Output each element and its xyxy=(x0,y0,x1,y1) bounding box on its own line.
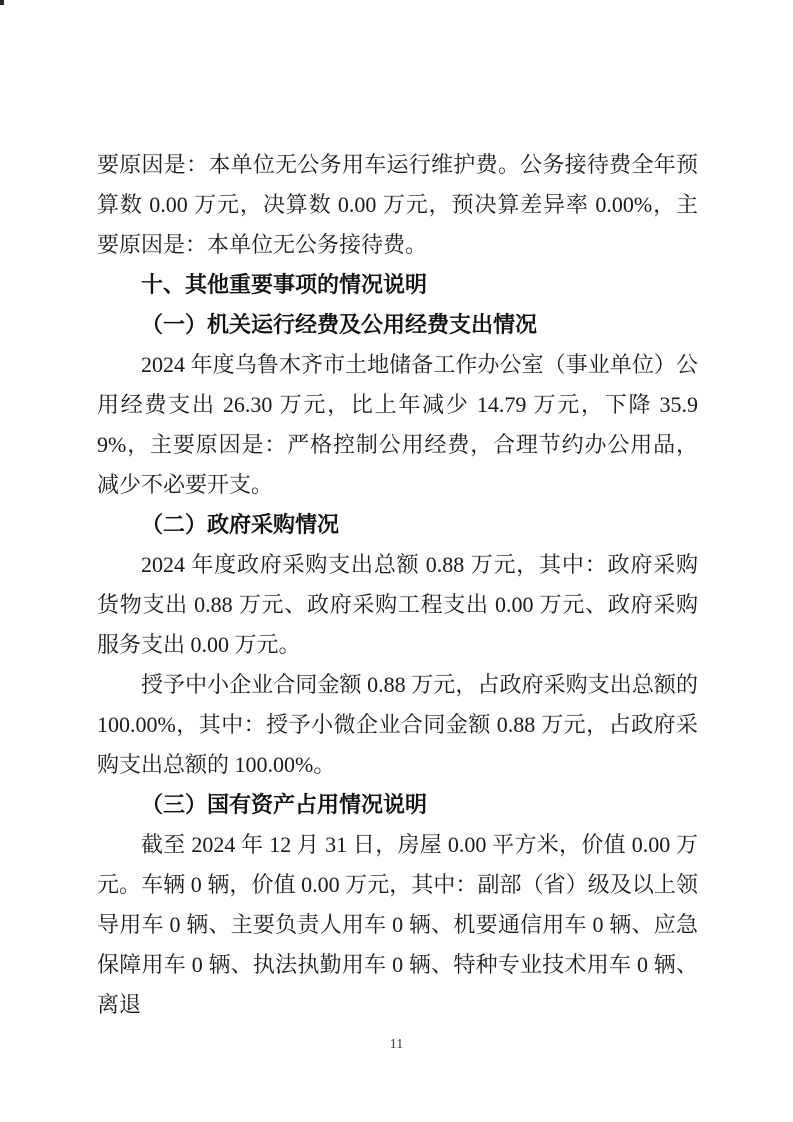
paragraph-procurement-sme: 授予中小企业合同金额 0.88 万元，占政府采购支出总额的 100.00%，其中… xyxy=(97,665,698,785)
document-body: 要原因是：本单位无公务用车运行维护费。公务接待费全年预算数 0.00 万元，决算… xyxy=(97,145,698,1025)
paragraph-procurement-total: 2024 年度政府采购支出总额 0.88 万元，其中：政府采购货物支出 0.88… xyxy=(97,545,698,665)
document-page: 要原因是：本单位无公务用车运行维护费。公务接待费全年预算数 0.00 万元，决算… xyxy=(0,0,793,1122)
page-number: 11 xyxy=(0,1036,793,1054)
subsection-heading-1: （一）机关运行经费及公用经费支出情况 xyxy=(97,305,698,345)
paragraph-state-assets: 截至 2024 年 12 月 31 日，房屋 0.00 平方米，价值 0.00 … xyxy=(97,825,698,1025)
paragraph-continuation: 要原因是：本单位无公务用车运行维护费。公务接待费全年预算数 0.00 万元，决算… xyxy=(97,145,698,265)
scan-artifact-corner xyxy=(0,0,4,5)
paragraph-operating-expenses: 2024 年度乌鲁木齐市土地储备工作办公室（事业单位）公用经费支出 26.30 … xyxy=(97,345,698,505)
section-heading-ten: 十、其他重要事项的情况说明 xyxy=(97,265,698,305)
subsection-heading-3: （三）国有资产占用情况说明 xyxy=(97,785,698,825)
subsection-heading-2: （二）政府采购情况 xyxy=(97,505,698,545)
